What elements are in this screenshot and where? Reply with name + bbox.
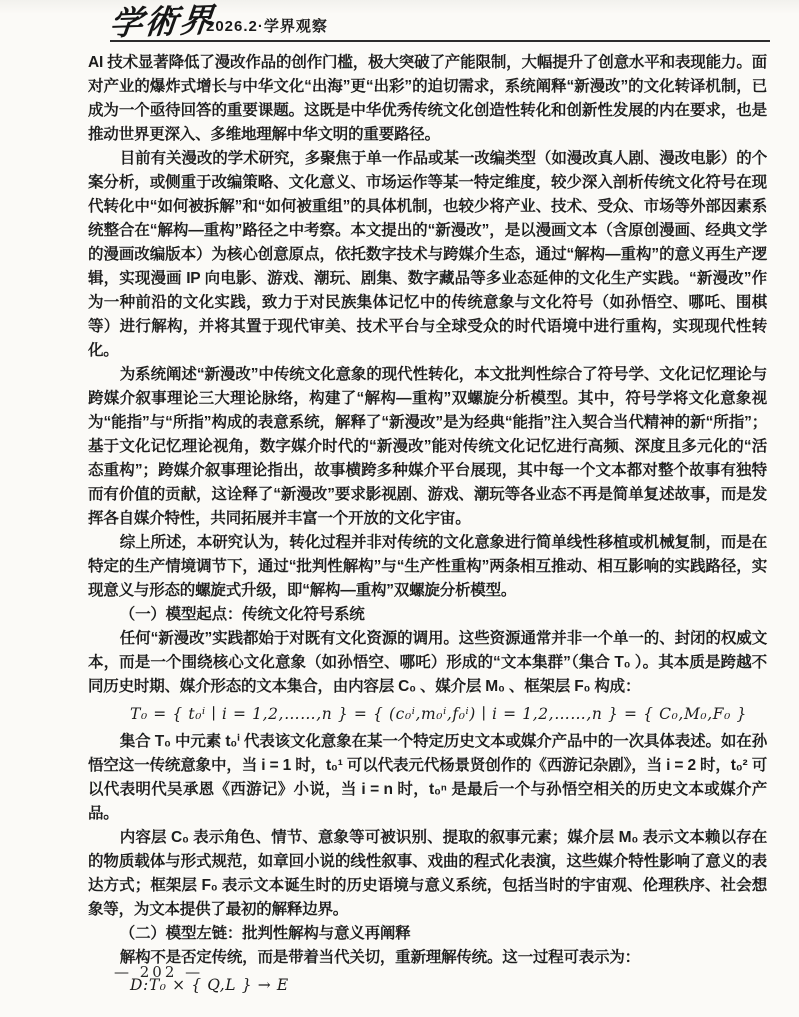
math-formula: T₀ = { t₀ⁱ ∣ i = 1,2,……,n } = { (c₀ⁱ,m₀ⁱ… [88, 702, 767, 727]
body-paragraph: AI 技术显著降低了漫改作品的创作门槛，极大突破了产能限制，大幅提升了创意水平和… [88, 51, 767, 147]
issue-label: 2026.2·学界观察 [206, 15, 328, 36]
body-paragraph: 目前有关漫改的学术研究，多聚焦于单一作品或某一改编类型（如漫改真人剧、漫改电影）… [88, 147, 767, 363]
section-heading: （一）模型起点：传统文化符号系统 [88, 603, 767, 627]
journal-logo: 学術界 [107, 0, 217, 45]
body-paragraph: 任何“新漫改”实践都始于对既有文化资源的调用。这些资源通常并非一个单一的、封闭的… [88, 627, 767, 699]
body-paragraph: 为系统阐述“新漫改”中传统文化意象的现代性转化，本文批判性综合了符号学、文化记忆… [88, 363, 767, 531]
article-body: AI 技术显著降低了漫改作品的创作门槛，极大突破了产能限制，大幅提升了创意水平和… [88, 51, 767, 1001]
masthead: 学術界 2026.2·学界观察 [110, 0, 770, 40]
journal-page: 学術界 2026.2·学界观察 AI 技术显著降低了漫改作品的创作门槛，极大突破… [0, 0, 799, 1017]
section-heading: （二）模型左链：批判性解构与意义再阐释 [88, 922, 767, 946]
body-paragraph: 内容层 C₀ 表示角色、情节、意象等可被识别、提取的叙事元素；媒介层 M₀ 表示… [88, 826, 767, 922]
body-paragraph: 综上所述，本研究认为，转化过程并非对传统的文化意象进行简单线性移植或机械复制，而… [88, 531, 767, 603]
page-number: — 202 — [114, 963, 203, 981]
header-rule [110, 40, 770, 42]
body-paragraph: 集合 T₀ 中元素 t₀ⁱ 代表该文化意象在某一个特定历史文本或媒介产品中的一次… [88, 730, 767, 826]
